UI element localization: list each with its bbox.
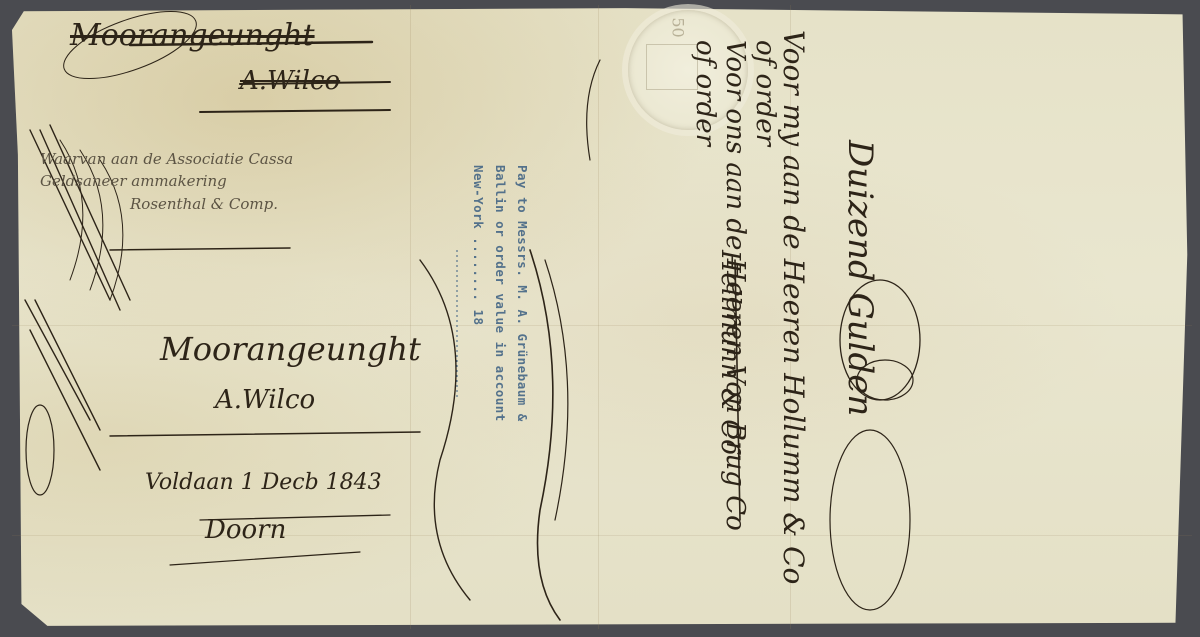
stamp-line-1: Pay to Messrs. M. A. Grünebaum & bbox=[515, 165, 530, 422]
main-text-line-6: Hellmunn & Co bbox=[715, 250, 745, 455]
handwriting-flourishes bbox=[0, 0, 1200, 637]
stamp-line-3: New-York ........ 18 bbox=[471, 165, 486, 326]
stamp-line-2: Ballin or order value in account bbox=[493, 165, 508, 422]
signature-initials: A.Wilco bbox=[215, 385, 315, 415]
place-date: Voldaan 1 Decb 1843 bbox=[145, 470, 382, 495]
main-text-line-3: Duizend Gulden bbox=[840, 140, 880, 416]
endorsement-printed-line-1: Waarvan aan de Associatie Cassa bbox=[40, 150, 293, 168]
endorsement-printed-line-3: Rosenthal & Comp. bbox=[130, 195, 278, 213]
signature-middle: Moorangeunght bbox=[160, 330, 421, 368]
endorsement-printed-line-2: Geldsaneer ammakering bbox=[40, 172, 227, 190]
main-text-line-1: Voor my aan de Heeren Hollumm & Co bbox=[777, 30, 810, 584]
final-signature: Doorn bbox=[205, 515, 286, 545]
main-text-line-5: of order bbox=[690, 40, 720, 146]
main-text-line-2: of order bbox=[750, 40, 780, 146]
crossed-signature: Moorangeunght bbox=[70, 18, 315, 53]
crossed-initials: A.Wilco bbox=[240, 66, 340, 96]
